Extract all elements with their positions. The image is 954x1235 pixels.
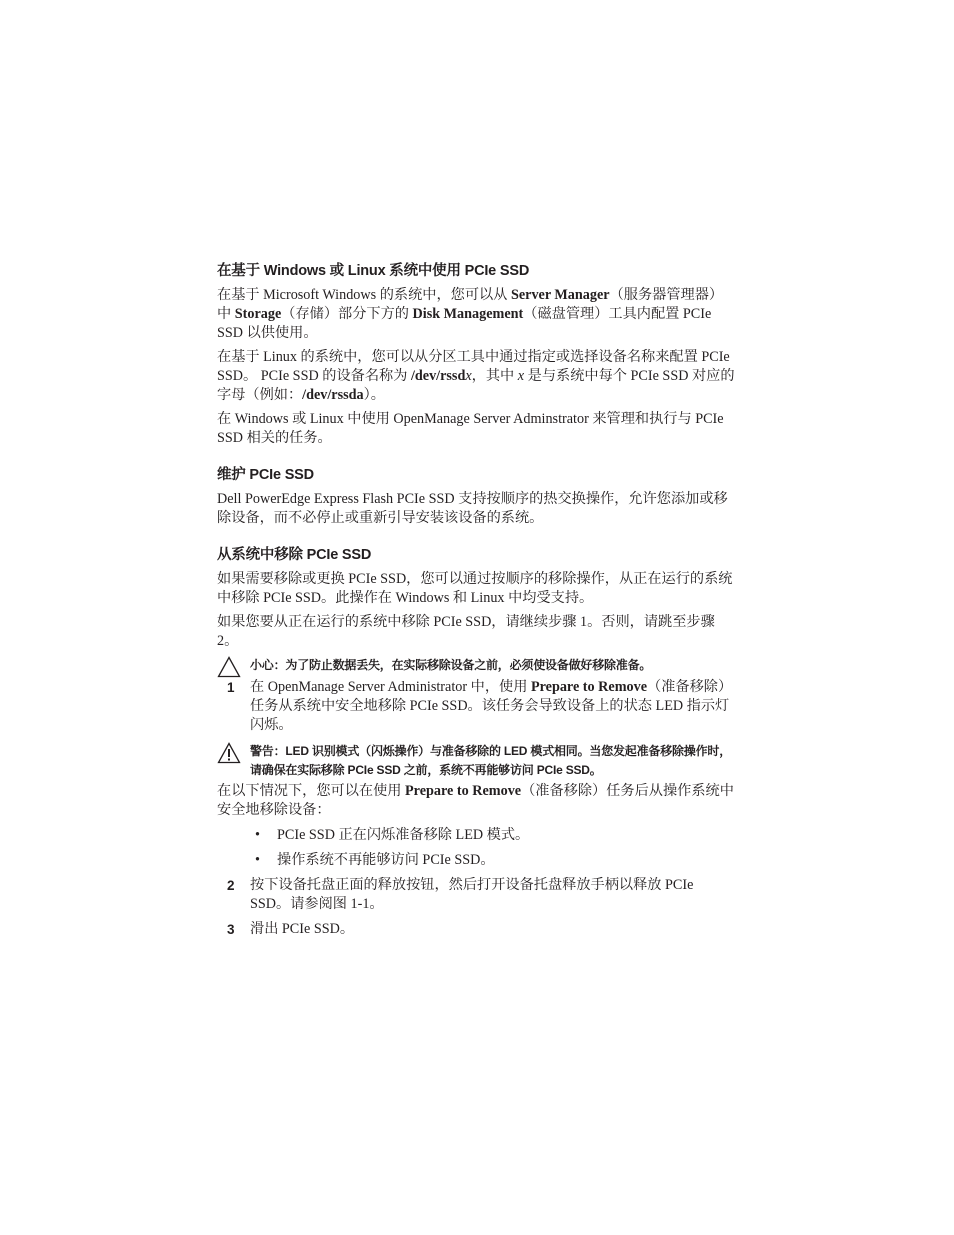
term-storage: Storage (235, 306, 282, 322)
bullet-icon: • (255, 851, 260, 870)
step-text: 滑出 PCIe SSD。 (250, 921, 354, 937)
section-heading-remove: 从系统中移除 PCIe SSD (217, 546, 737, 565)
caution-note: 小心：为了防止数据丢失，在实际移除设备之前，必须使设备做好移除准备。 (217, 656, 737, 675)
paragraph-openmanage: 在 Windows 或 Linux 中使用 OpenManage Server … (217, 410, 737, 448)
text: 在 OpenManage Server Administrator 中，使用 (250, 679, 531, 695)
caution-label: 小心： (250, 658, 285, 672)
bullet-icon: • (255, 826, 260, 845)
paragraph-remove-intro: 如果需要移除或更换 PCIe SSD，您可以通过按顺序的移除操作，从正在运行的系… (217, 570, 737, 608)
paragraph-hot-swap: Dell PowerEdge Express Flash PCIe SSD 支持… (217, 490, 737, 528)
text: 在以下情况下，您可以在使用 (217, 783, 405, 799)
bullet-item: • PCIe SSD 正在闪烁准备移除 LED 模式。 (217, 826, 737, 845)
section-heading-windows-linux: 在基于 Windows 或 Linux 系统中使用 PCIe SSD (217, 262, 737, 281)
warning-label: 警告： (250, 744, 285, 758)
term-prepare-to-remove: Prepare to Remove (405, 783, 521, 799)
warning-triangle-icon (217, 742, 241, 764)
step-number: 1 (227, 678, 235, 697)
step-number: 2 (227, 876, 235, 895)
text: （存储）部分下方的 (281, 306, 412, 322)
bullet-text: 操作系统不再能够访问 PCIe SSD。 (277, 852, 495, 868)
step-1: 1 在 OpenManage Server Administrator 中，使用… (217, 678, 737, 735)
step-number: 3 (227, 920, 235, 939)
caution-text: 为了防止数据丢失，在实际移除设备之前，必须使设备做好移除准备。 (285, 658, 651, 672)
term-server-manager: Server Manager (511, 287, 610, 303)
text: ，其中 (472, 368, 518, 384)
term-disk-management: Disk Management (413, 306, 524, 322)
bullet-item: • 操作系统不再能够访问 PCIe SSD。 (217, 851, 737, 870)
term-prepare-to-remove: Prepare to Remove (531, 679, 647, 695)
text: ）。 (364, 387, 385, 403)
paragraph-linux-config: 在基于 Linux 的系统中，您可以从分区工具中通过指定或选择设备名称来配置 P… (217, 348, 737, 405)
term-dev-rssda: /dev/rssda (302, 387, 364, 403)
warning-note: 警告：LED 识别模式（闪烁操作）与准备移除的 LED 模式相同。当您发起准备移… (217, 742, 737, 780)
warning-text: LED 识别模式（闪烁操作）与准备移除的 LED 模式相同。当您发起准备移除操作… (250, 744, 731, 777)
paragraph-windows-config: 在基于 Microsoft Windows 的系统中，您可以从 Server M… (217, 286, 737, 343)
document-page: 在基于 Windows 或 Linux 系统中使用 PCIe SSD 在基于 M… (217, 262, 737, 939)
paragraph-remove-steps: 如果您要从正在运行的系统中移除 PCIe SSD，请继续步骤 1。否则，请跳至步… (217, 613, 737, 651)
bullet-text: PCIe SSD 正在闪烁准备移除 LED 模式。 (277, 827, 529, 843)
term-dev-rssd: /dev/rssd (411, 368, 465, 384)
paragraph-safe-removal: 在以下情况下，您可以在使用 Prepare to Remove（准备移除）任务后… (217, 782, 737, 820)
step-text: 按下设备托盘正面的释放按钮，然后打开设备托盘释放手柄以释放 PCIe SSD。请… (250, 877, 693, 912)
section-heading-maintain: 维护 PCIe SSD (217, 466, 737, 485)
caution-triangle-icon (217, 656, 241, 678)
text: 在基于 Microsoft Windows 的系统中，您可以从 (217, 287, 511, 303)
step-3: 3 滑出 PCIe SSD。 (217, 920, 737, 939)
step-2: 2 按下设备托盘正面的释放按钮，然后打开设备托盘释放手柄以释放 PCIe SSD… (217, 876, 737, 914)
